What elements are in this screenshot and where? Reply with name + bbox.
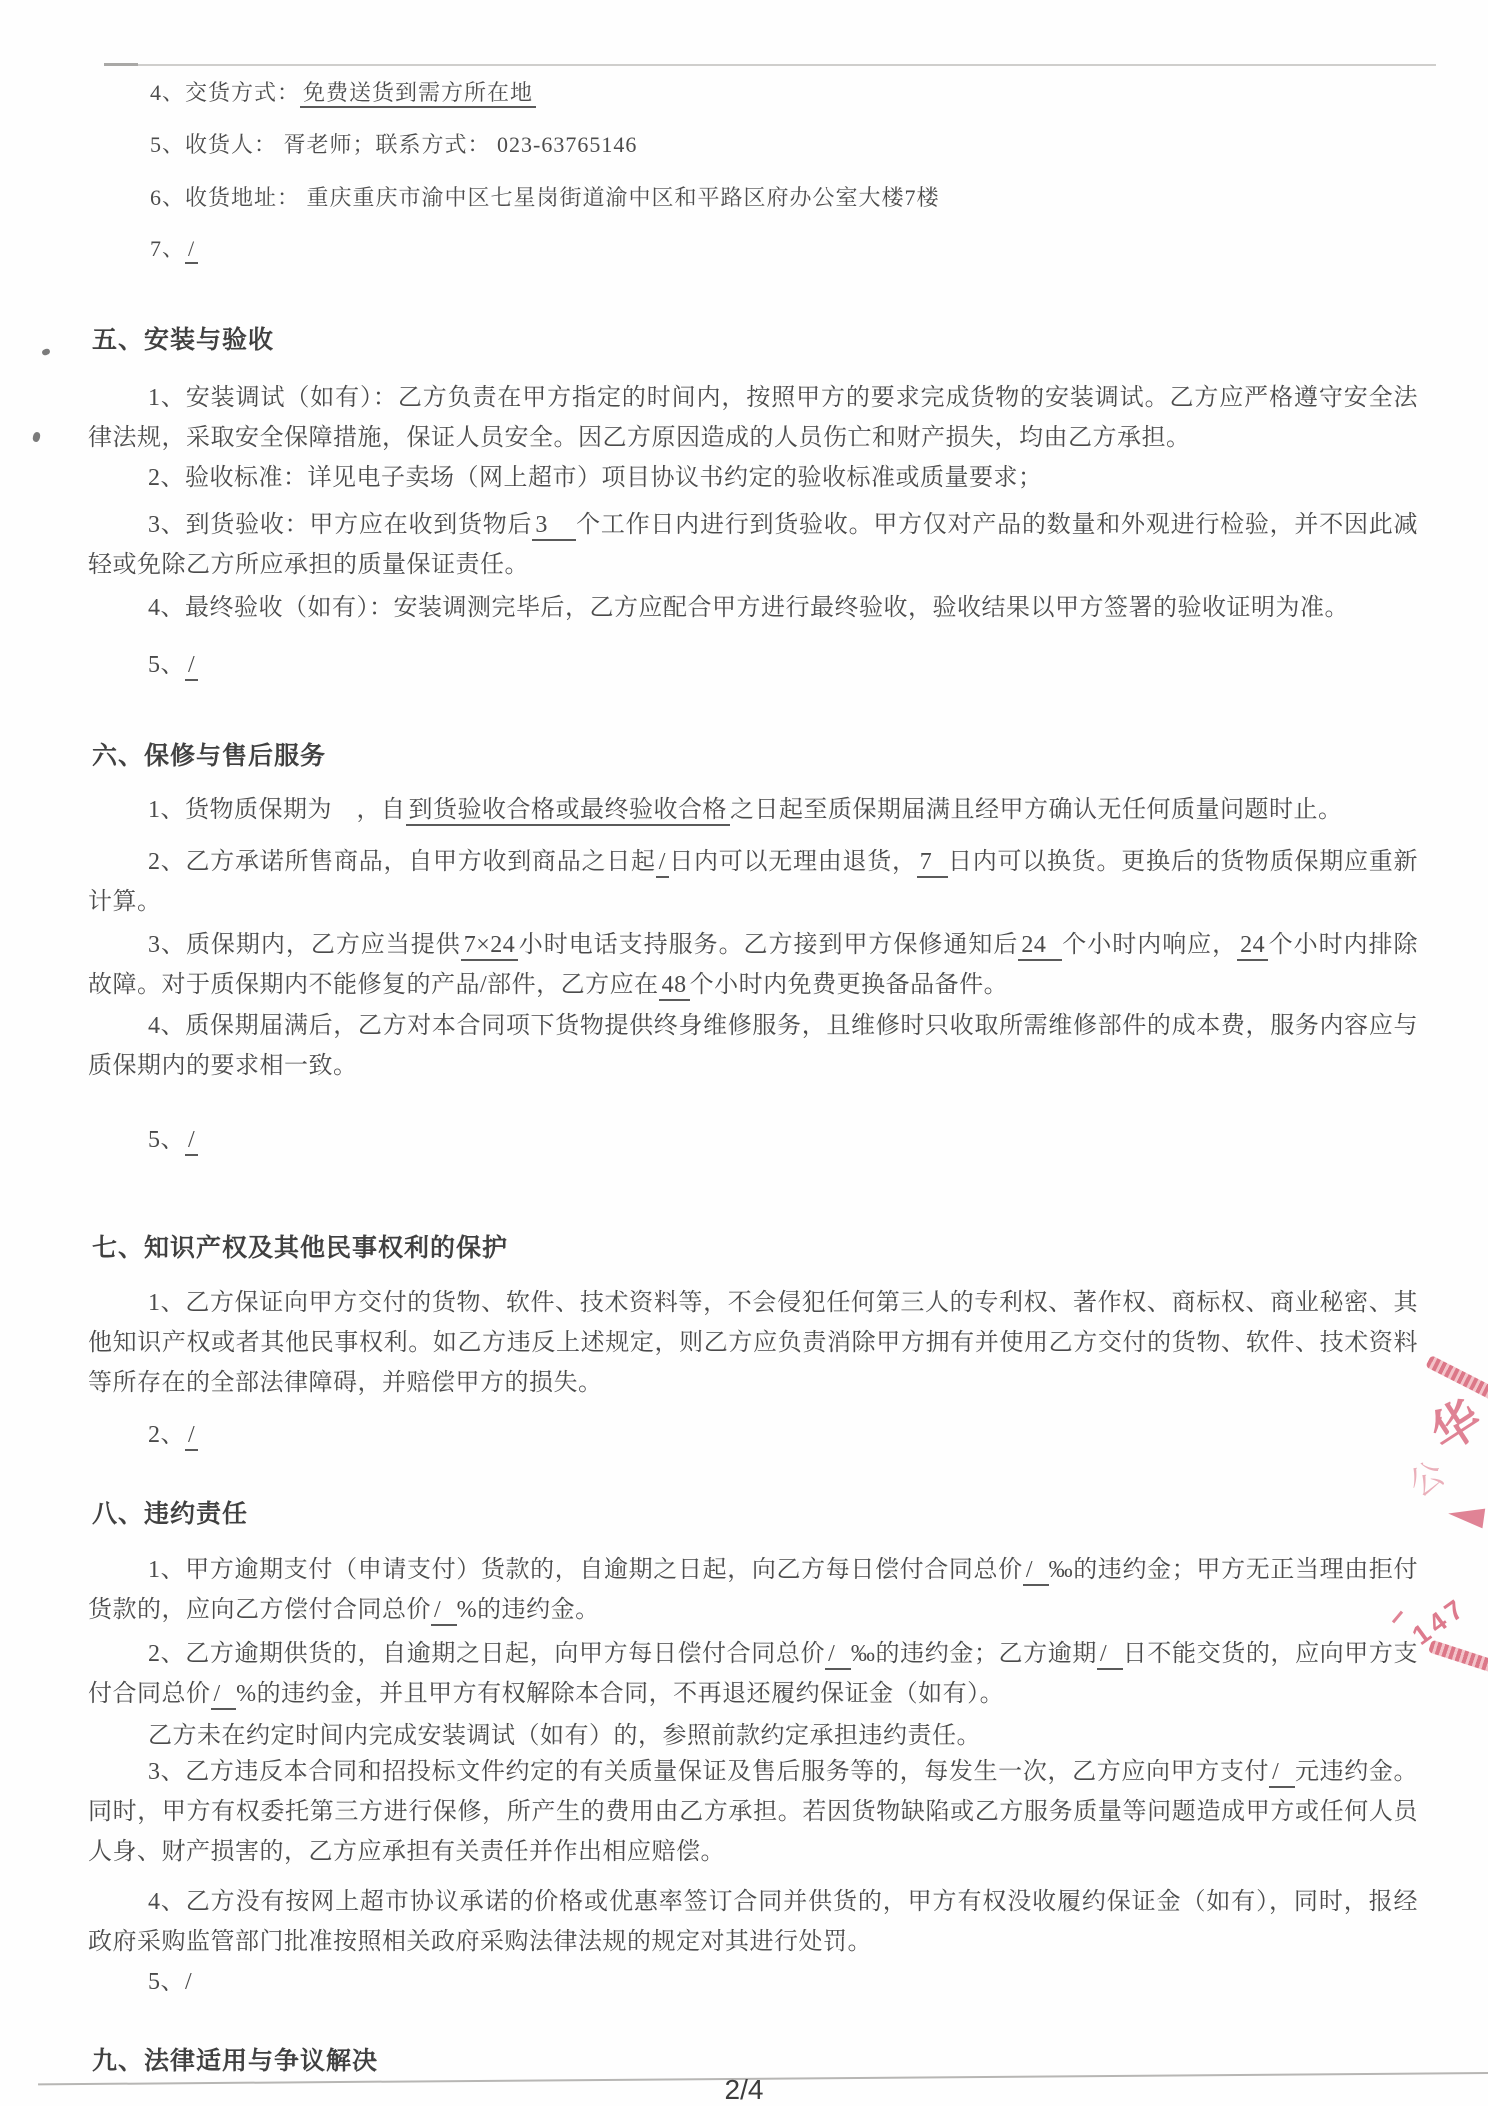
stamp-character-2: 公 [1397,1447,1452,1507]
filled-blank: 免费送货到需方所在地 [300,80,536,108]
filled-blank: 24 [1237,932,1268,961]
filled-blank: / [185,236,198,264]
paragraph-warranty-3: 3、质保期内，乙方应当提供7×24小时电话支持服务。乙方接到甲方保修通知后24 … [88,925,1418,1005]
filled-blank: / [1269,1759,1295,1788]
text-segment: 5、 [148,652,185,678]
filled-blank: / [185,1127,198,1156]
paragraph-install-1: 1、安装调试（如有）：乙方负责在甲方指定的时间内，按照甲方的要求完成货物的安装调… [88,378,1418,458]
filled-blank: / [825,1641,851,1670]
text-segment: 2、 [148,1422,185,1448]
text-segment: ‰的违约金；乙方逾期 [851,1641,1097,1667]
text-segment: 3、乙方违反本合同和招投标文件约定的有关质量保证及售后服务等的，每发生一次，乙方… [148,1759,1269,1785]
paragraph-warranty-1: 1、货物质保期为 ，自到货验收合格或最终验收合格之日起至质保期届满且经甲方确认无… [88,790,1418,830]
text-segment: 1、安装调试（如有）：乙方负责在甲方指定的时间内，按照甲方的要求完成货物的安装调… [88,385,1418,451]
text-segment: 2、乙方逾期供货的，自逾期之日起，向甲方每日偿付合同总价 [148,1641,825,1667]
text-segment: 4、乙方没有按网上超市协议承诺的价格或优惠率签订合同并供货的，甲方有权没收履约保… [88,1889,1418,1955]
text-segment: 个小时内免费更换备品备件。 [690,972,1009,998]
text-segment: 1、乙方保证向甲方交付的货物、软件、技术资料等，不会侵犯任何第三人的专利权、著作… [88,1290,1418,1396]
text-segment: %的违约金，并且甲方有权解除本合同，不再退还履约保证金（如有）。 [236,1681,1004,1707]
filled-blank: / [185,1422,198,1451]
filled-blank: / [211,1681,237,1710]
paragraph-breach-1: 1、甲方逾期支付（申请支付）货款的，自逾期之日起，向乙方每日偿付合同总价/ ‰的… [88,1550,1418,1630]
text-segment: 4、质保期届满后，乙方对本合同项下货物提供终身维修服务，且维修时只收取所需维修部… [88,1013,1418,1079]
filled-blank: / [1023,1557,1049,1586]
paragraph-breach-5: 5、/ [88,1962,1418,2002]
page-number: 2/4 [0,2074,1488,2106]
text-segment: 日内可以无理由退货， [669,849,917,875]
text-segment: 5、收货人： 胥老师；联系方式： 023-63765146 [150,132,637,157]
text-segment: 7、 [150,236,185,261]
text-segment: 4、交货方式： [150,80,300,105]
list-item-delivery-method: 4、交货方式：免费送货到需方所在地 [150,76,1390,110]
section-heading-install-acceptance: 五、安装与验收 [92,322,1392,360]
text-segment: 3、质保期内，乙方应当提供 [148,932,461,958]
stamp-arc-bottom [1428,1640,1488,1678]
filled-blank: 7×24 [461,932,519,961]
text-segment: 之日起至质保期届满且经甲方确认无任何质量问题时止。 [730,797,1343,823]
text-segment: 乙方未在约定时间内完成安装调试（如有）的，参照前款约定承担违约责任。 [148,1723,981,1749]
paragraph-install-5: 5、/ [88,645,1418,685]
list-item-consignee: 5、收货人： 胥老师；联系方式： 023-63765146 [150,128,1390,162]
text-segment: 6、收货地址： 重庆重庆市渝中区七星岗街道渝中区和平路区府办公室大楼7楼 [150,185,940,210]
ink-speck [32,431,41,442]
list-item-delivery-address: 6、收货地址： 重庆重庆市渝中区七星岗街道渝中区和平路区府办公室大楼7楼 [150,181,1390,215]
filled-blank: / [431,1597,457,1626]
paragraph-install-4: 4、最终验收（如有）：安装调测完毕后，乙方应配合甲方进行最终验收，验收结果以甲方… [88,588,1418,628]
filled-blank: / [1097,1641,1123,1670]
paragraph-breach-2b: 乙方未在约定时间内完成安装调试（如有）的，参照前款约定承担违约责任。 [88,1716,1418,1756]
contract-page: 4、交货方式：免费送货到需方所在地 5、收货人： 胥老师；联系方式： 023-6… [0,0,1488,2106]
text-segment: 3、到货验收：甲方应在收到货物后 [148,512,532,538]
paragraph-warranty-4: 4、质保期届满后，乙方对本合同项下货物提供终身维修服务，且维修时只收取所需维修部… [88,1006,1418,1086]
filled-blank: 到货验收合格或最终验收合格 [406,797,731,826]
text-segment: 1、货物质保期为 ，自 [148,797,406,823]
previous-table-border-dark [104,63,138,66]
section-heading-ip-rights: 七、知识产权及其他民事权利的保护 [92,1230,1392,1268]
paragraph-install-3: 3、到货验收：甲方应在收到货物后3 个工作日内进行到货验收。甲方仅对产品的数量和… [88,505,1418,585]
paragraph-ip-2: 2、/ [88,1415,1418,1455]
paragraph-breach-4: 4、乙方没有按网上超市协议承诺的价格或优惠率签订合同并供货的，甲方有权没收履约保… [88,1882,1418,1962]
text-segment: %的违约金。 [457,1597,600,1623]
text-segment: 5、 [148,1127,185,1153]
text-segment: 4、最终验收（如有）：安装调测完毕后，乙方应配合甲方进行最终验收，验收结果以甲方… [148,595,1349,621]
filled-blank: / [185,652,198,681]
paragraph-breach-2: 2、乙方逾期供货的，自逾期之日起，向甲方每日偿付合同总价/ ‰的违约金；乙方逾期… [88,1634,1418,1714]
paragraph-warranty-2: 2、乙方承诺所售商品，自甲方收到商品之日起/日内可以无理由退货，7 日内可以换货… [88,842,1418,922]
paragraph-warranty-5: 5、/ [88,1120,1418,1160]
ink-speck [41,348,51,356]
section-heading-warranty-service: 六、保修与售后服务 [92,738,1392,776]
text-segment: 2、乙方承诺所售商品，自甲方收到商品之日起 [148,849,656,875]
paragraph-ip-1: 1、乙方保证向甲方交付的货物、软件、技术资料等，不会侵犯任何第三人的专利权、著作… [88,1283,1418,1403]
paragraph-breach-3: 3、乙方违反本合同和招投标文件约定的有关质量保证及售后服务等的，每发生一次，乙方… [88,1752,1418,1872]
filled-blank: 48 [659,972,690,1001]
filled-blank: / [656,849,669,878]
stamp-arrow-icon [1447,1504,1485,1529]
text-segment: 个小时内响应， [1062,932,1237,958]
filled-blank: 3 [532,512,576,541]
text-segment: 小时电话支持服务。乙方接到甲方保修通知后 [518,932,1018,958]
filled-blank: 7 [917,849,948,878]
text-segment: 5、/ [148,1969,192,1995]
filled-blank: 24 [1018,932,1062,961]
previous-table-border [104,64,1436,66]
text-segment: 2、验收标准：详见电子卖场（网上超市）项目协议书约定的验收标准或质量要求； [148,465,1043,491]
list-item-7-blank: 7、/ [150,232,1390,266]
paragraph-install-2: 2、验收标准：详见电子卖场（网上超市）项目协议书约定的验收标准或质量要求； [88,458,1418,498]
section-heading-breach-liability: 八、违约责任 [92,1496,1392,1534]
text-segment: 1、甲方逾期支付（申请支付）货款的，自逾期之日起，向乙方每日偿付合同总价 [148,1557,1023,1583]
